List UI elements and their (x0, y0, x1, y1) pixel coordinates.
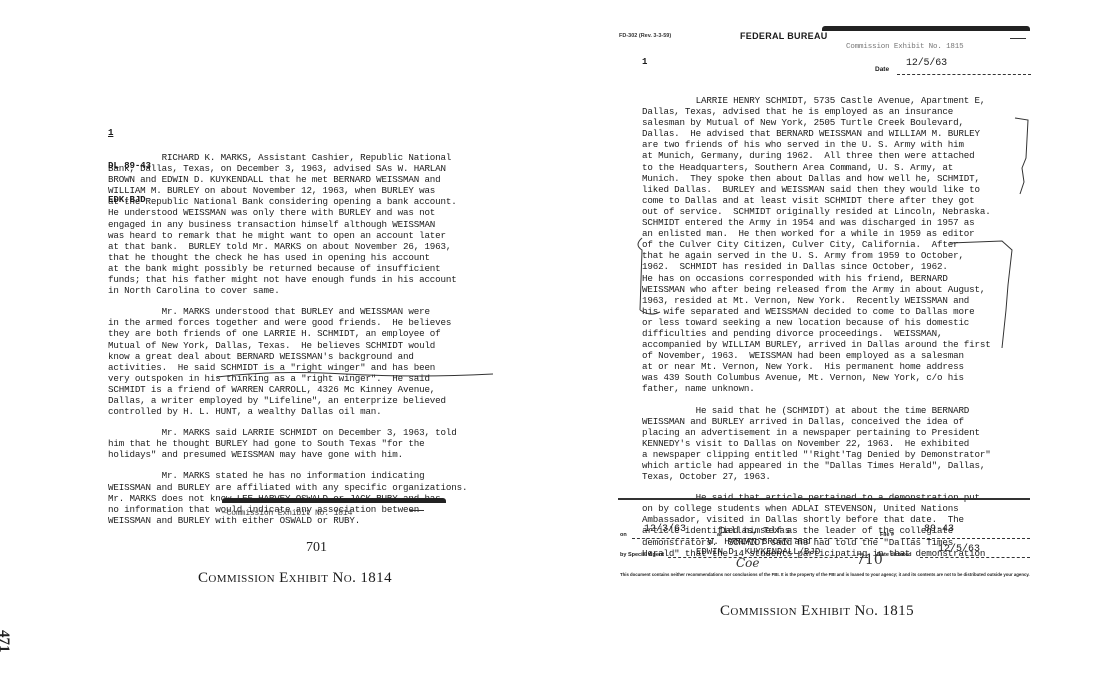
file-underline (902, 538, 1030, 539)
text-line: Mutual of New York, Dallas, Texas. He be… (108, 340, 508, 351)
text-line: holidays" and presumed WEISSMAN may have… (108, 449, 508, 460)
handwritten-page-number: 710 (856, 552, 883, 568)
file-value: 89-43 (924, 524, 954, 535)
text-line: Bank, Dallas, Texas, on December 3, 1963… (108, 163, 508, 174)
fbi-disclaimer: This document contains neither recommend… (620, 572, 1030, 578)
text-line: BROWN and EDWIN D. KUYKENDALL that he me… (108, 174, 508, 185)
text-line: at or near Mt. Vernon, New York. His per… (642, 361, 1032, 372)
dictated-underline (920, 557, 1030, 558)
paragraph: RICHARD K. MARKS, Assistant Cashier, Rep… (108, 152, 508, 296)
text-line: that he thought the check he has used in… (108, 252, 508, 263)
right-stamp-dash (1010, 38, 1026, 39)
text-line: him that he thought BURLEY had gone to S… (108, 438, 508, 449)
handwritten-initials: Coe (736, 556, 760, 570)
on-underline (632, 538, 714, 539)
text-line: WEISSMAN and BURLEY arrived in Dallas, c… (642, 416, 1032, 427)
text-line: RICHARD K. MARKS, Assistant Cashier, Rep… (108, 152, 508, 163)
form-code: FD-302 (Rev. 3-3-59) (619, 33, 671, 39)
text-line: which article had appeared in the "Dalla… (642, 460, 1032, 471)
text-line: of November, 1963. WEISSMAN had been emp… (642, 350, 1032, 361)
left-exhibit-bar (222, 498, 446, 503)
dictated-value: 12/5/63 (938, 544, 980, 555)
text-line: Ambassador, visited in Dallas shortly be… (642, 514, 1032, 525)
on-value: 12/3/63 (644, 524, 686, 535)
handwritten-underline-mark (215, 370, 495, 380)
text-line: WEISSMAN and BURLEY are affiliated with … (108, 482, 508, 493)
text-line: placing an advertisement in a newspaper … (642, 427, 1032, 438)
text-line: they are both friends of one LARRIE H. S… (108, 328, 508, 339)
paragraph: He said that he (SCHMIDT) at about the t… (642, 405, 1032, 483)
text-line: on by college students when ADLAI STEVEN… (642, 503, 1032, 514)
date-underline (897, 74, 1031, 75)
handwritten-bracket-mark (630, 110, 1040, 350)
text-line: in North Carolina to cover same. (108, 285, 508, 296)
text-line: LARRIE HENRY SCHMIDT, 5735 Castle Avenue… (642, 95, 1032, 106)
left-page-marker: 1 (108, 127, 151, 138)
text-line: at the Republic National Bank considerin… (108, 196, 508, 207)
on-label: on (620, 532, 627, 538)
text-line: article identified himself as the leader… (642, 525, 1032, 536)
left-body: RICHARD K. MARKS, Assistant Cashier, Rep… (108, 152, 508, 536)
text-line: Texas, October 27, 1963. (642, 471, 1032, 482)
text-line: SCHMIDT is a friend of WARREN CARROLL, 4… (108, 384, 508, 395)
left-stamp-dash (410, 510, 424, 511)
right-exhibit-stamp: Commission Exhibit No. 1815 (846, 42, 963, 53)
text-line: know a great deal about BERNARD WEISSMAN… (108, 351, 508, 362)
text-line: was heard to remark that he might want t… (108, 230, 508, 241)
text-line: father, name unknown. (642, 383, 1032, 394)
at-value: Dallas, Texas (720, 526, 790, 536)
text-line: Dallas, a writer employed by "Lifeline",… (108, 395, 508, 406)
paragraph: Mr. MARKS said LARRIE SCHMIDT on Decembe… (108, 427, 508, 460)
text-line: at the bank might possibly be returned b… (108, 263, 508, 274)
left-exhibit-caption: Commission Exhibit No. 1814 (198, 570, 392, 587)
text-line: in the armed forces together and were go… (108, 317, 508, 328)
text-line: He said that he (SCHMIDT) at about the t… (642, 405, 1032, 416)
file-label: File # (880, 532, 894, 538)
date-label: Date (875, 66, 889, 73)
text-line: controlled by H. L. HUNT, a wealthy Dall… (108, 406, 508, 417)
paragraph: Mr. MARKS understood that BURLEY and WEI… (108, 306, 508, 417)
agent-underline (668, 557, 868, 558)
text-line: Mr. MARKS understood that BURLEY and WEI… (108, 306, 508, 317)
right-exhibit-caption: Commission Exhibit No. 1815 (720, 603, 914, 620)
right-page-marker: 1 (642, 57, 647, 68)
side-page-number-text: 471 (0, 630, 12, 653)
agent-label: by Special Agent (620, 552, 664, 558)
agency-title: FEDERAL BUREAU (740, 31, 828, 41)
text-line: Mr. MARKS said LARRIE SCHMIDT on Decembe… (108, 427, 508, 438)
text-line: funds; that his father might not have en… (108, 274, 508, 285)
agent-line-1: W. HARLAN BROWN and (708, 537, 811, 547)
text-line: a newspaper clipping entitled "'Right'Ta… (642, 449, 1032, 460)
right-exhibit-bar (822, 26, 1030, 31)
text-line: at that bank. BURLEY told Mr. MARKS on a… (108, 241, 508, 252)
left-page-number: 701 (306, 540, 327, 556)
left-exhibit-stamp: —Commission Exhibit No. 1814 (222, 508, 352, 519)
text-line: KENNEDY's visit to Dallas on November 22… (642, 438, 1032, 449)
text-line: Mr. MARKS stated he has no information i… (108, 470, 508, 481)
form-divider (618, 498, 1030, 500)
text-line: He understood WEISSMAN was only there wi… (108, 207, 508, 218)
text-line: was 439 South Columbus Avenue, Mt. Verno… (642, 372, 1032, 383)
date-value: 12/5/63 (906, 58, 947, 69)
text-line: engaged in any business transaction hims… (108, 219, 508, 230)
side-page-number: 471 (0, 630, 12, 653)
text-line: WILLIAM M. BURLEY on about November 12, … (108, 185, 508, 196)
